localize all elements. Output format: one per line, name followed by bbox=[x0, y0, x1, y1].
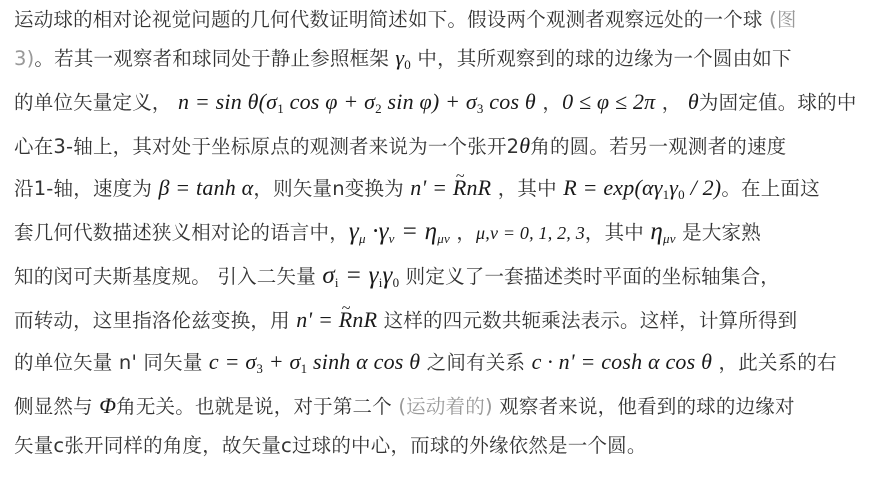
text: 为固定值。球的中 bbox=[699, 91, 857, 114]
figure-reference-link-cont[interactable]: 3) bbox=[14, 47, 34, 70]
text-line-10: 侧显然与 Φ角无关。也就是说，对于第二个 (运动着的) 观察者来说，他看到的球的… bbox=[14, 388, 795, 424]
math-n-prime-transform: n' = RnR bbox=[296, 307, 377, 332]
text: ，则矢量n变换为 bbox=[253, 177, 410, 200]
math-gamma0: γ0 bbox=[395, 45, 411, 70]
text-line-4: 心在3-轴上，其对处于坐标原点的观测者来说为一个张开2θ角的圆。若另一观测者的速… bbox=[14, 128, 786, 164]
text: 。若其一观察者和球同处于静止参照框架 bbox=[34, 47, 395, 70]
text: 的单位矢量定义， bbox=[14, 91, 172, 114]
text: 这样的四元数共轭乘法表示。这样，计算所得到 bbox=[377, 309, 797, 332]
math-c-dot-n-prime: c · n' = cosh α cos θ bbox=[532, 349, 713, 374]
text: 角的圆。若另一观测者的速度 bbox=[530, 135, 786, 158]
text-line-2: 3)。若其一观察者和球同处于静止参照框架 γ0 中，其所观察到的球的边缘为一个圆… bbox=[14, 40, 792, 76]
text: ， bbox=[450, 221, 476, 244]
math-eta-metric: ημν bbox=[650, 218, 675, 245]
text: 知的闵可夫斯基度规。 引入二矢量 bbox=[14, 265, 322, 288]
math-rotor-R: R = exp(αγ1γ0 / 2) bbox=[563, 175, 721, 200]
text-line-1: 运动球的相对论视觉问题的几何代数证明简述如下。假设两个观测者观察远处的一个球 (… bbox=[14, 2, 797, 38]
text: 。在上面这 bbox=[721, 177, 820, 200]
text-line-9: 的单位矢量 n' 同矢量 c = σ3 + σ1 sinh α cos θ 之间… bbox=[14, 344, 837, 380]
math-unit-vector-n: n = sin θ(σ1 cos φ + σ2 sin φ) + σ3 cos … bbox=[178, 89, 536, 114]
text: 是大家熟 bbox=[676, 221, 761, 244]
text: 角无关。也就是说，对于第二个 bbox=[116, 395, 398, 418]
text: ，其中 bbox=[491, 177, 563, 200]
math-gamma-inner-product: γμ ·γν = ημν bbox=[349, 218, 450, 245]
math-index-range: μ,ν = 0, 1, 2, 3 bbox=[476, 223, 585, 243]
text-line-3: 的单位矢量定义， n = sin θ(σ1 cos φ + σ2 sin φ) … bbox=[14, 84, 857, 120]
text: 中，其所观察到的球的边缘为一个圆由如下 bbox=[411, 47, 792, 70]
math-vector-c: c = σ3 + σ1 sinh α cos θ bbox=[209, 349, 420, 374]
text: 而转动，这里指洛伦兹变换，用 bbox=[14, 309, 296, 332]
text-line-11: 矢量c张开同样的角度，故矢量c过球的中心，而球的外缘依然是一个圆。 bbox=[14, 428, 647, 464]
math-beta-tanh: β = tanh α bbox=[158, 175, 253, 200]
text: 沿1-轴，速度为 bbox=[14, 177, 158, 200]
text: 则定义了一套描述类时平面的坐标轴集合， bbox=[399, 265, 780, 288]
text-line-6: 套几何代数描述狭义相对论的语言中，γμ ·γν = ημν ，μ,ν = 0, … bbox=[14, 214, 761, 250]
text: 套几何代数描述狭义相对论的语言中， bbox=[14, 221, 349, 244]
text: 观察者来说，他看到的球的边缘对 bbox=[493, 395, 795, 418]
text: ，其中 bbox=[585, 221, 651, 244]
document-paragraph: 运动球的相对论视觉问题的几何代数证明简述如下。假设两个观测者观察远处的一个球 (… bbox=[0, 0, 885, 478]
text-line-8: 而转动，这里指洛伦兹变换，用 n' = RnR 这样的四元数共轭乘法表示。这样，… bbox=[14, 302, 797, 338]
text: 矢量c张开同样的角度，故矢量c过球的中心，而球的外缘依然是一个圆。 bbox=[14, 434, 647, 457]
text: 心在3-轴上，其对处于坐标原点的观测者来说为一个张开2 bbox=[14, 135, 519, 158]
text-line-5: 沿1-轴，速度为 β = tanh α，则矢量n变换为 n' = RnR ，其中… bbox=[14, 170, 820, 206]
math-theta: θ bbox=[519, 133, 530, 158]
text: ， bbox=[536, 91, 562, 114]
math-phi-range: 0 ≤ φ ≤ 2π bbox=[562, 89, 655, 114]
text: ， bbox=[655, 91, 688, 114]
math-theta: θ bbox=[688, 89, 699, 114]
moving-observer-link[interactable]: (运动着的) bbox=[398, 395, 492, 418]
math-n-prime-transform: n' = RnR bbox=[410, 175, 491, 200]
text: 运动球的相对论视觉问题的几何代数证明简述如下。假设两个观测者观察远处的一个球 bbox=[14, 8, 763, 31]
figure-reference-link[interactable]: (图 bbox=[763, 8, 797, 31]
math-bivector-sigma: σi = γiγ0 bbox=[322, 262, 399, 289]
text-line-7: 知的闵可夫斯基度规。 引入二矢量 σi = γiγ0 则定义了一套描述类时平面的… bbox=[14, 258, 780, 294]
text: 之间有关系 bbox=[420, 351, 531, 374]
text: 的单位矢量 n' 同矢量 bbox=[14, 351, 209, 374]
text: 侧显然与 bbox=[14, 395, 99, 418]
math-phi: Φ bbox=[99, 393, 116, 418]
text: ，此关系的右 bbox=[712, 351, 837, 374]
